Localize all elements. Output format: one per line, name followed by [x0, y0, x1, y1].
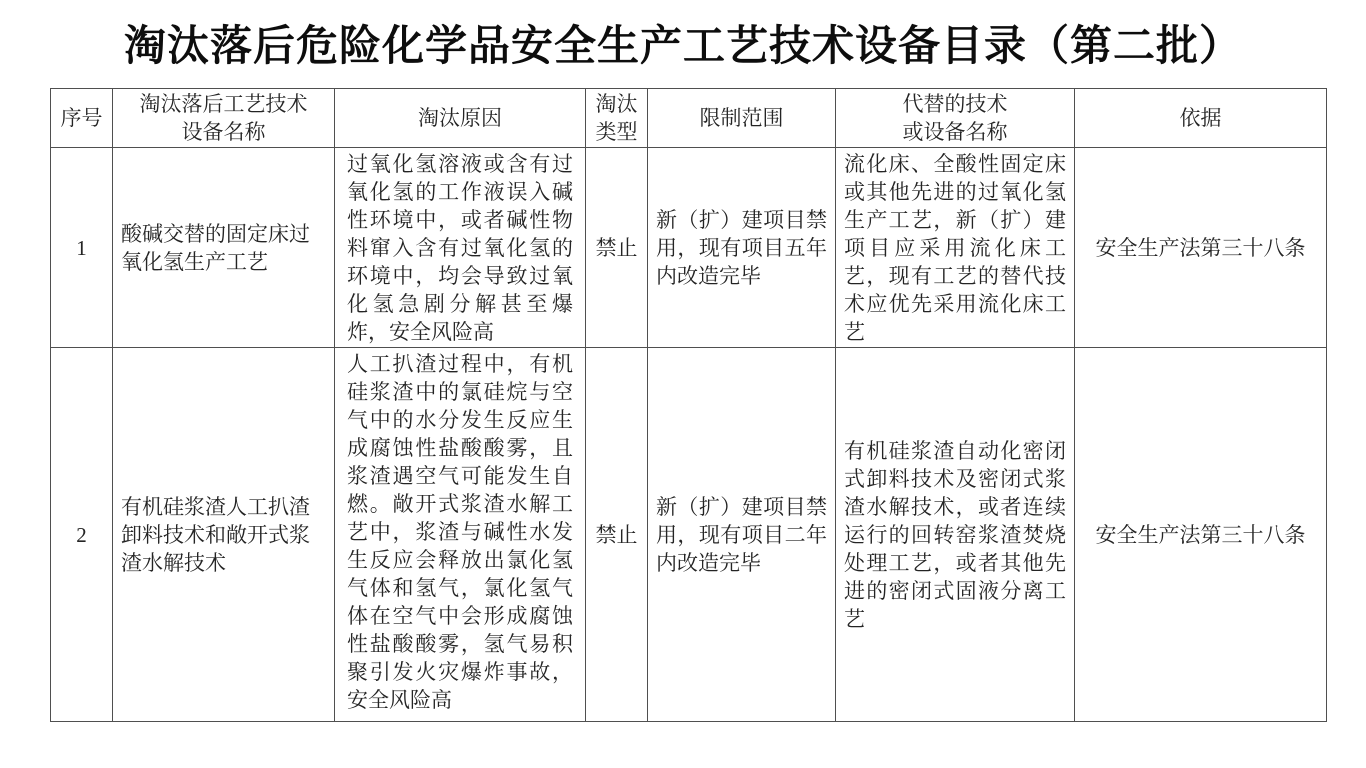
cell-basis: 安全生产法第三十八条	[1075, 148, 1327, 348]
col-header-basis: 依据	[1075, 89, 1327, 148]
cell-reason: 人工扒渣过程中，有机硅浆渣中的氯硅烷与空气中的水分发生反应生成腐蚀性盐酸酸雾，且…	[335, 348, 586, 722]
col-header-name: 淘汰落后工艺技术 设备名称	[113, 89, 335, 148]
cell-scope: 新（扩）建项目禁用，现有项目五年内改造完毕	[648, 148, 836, 348]
document-page: 淘汰落后危险化学品安全生产工艺技术设备目录（第二批） 序号 淘汰落后工艺技术 设…	[0, 0, 1366, 768]
col-header-no: 序号	[51, 89, 113, 148]
cell-basis: 安全生产法第三十八条	[1075, 348, 1327, 722]
cell-no: 1	[51, 148, 113, 348]
page-title: 淘汰落后危险化学品安全生产工艺技术设备目录（第二批）	[0, 20, 1366, 72]
table-header-row: 序号 淘汰落后工艺技术 设备名称 淘汰原因 淘汰 类型 限制范围 代替的技术 或…	[51, 89, 1327, 148]
cell-replacement: 流化床、全酸性固定床或其他先进的过氧化氢生产工艺，新（扩）建项目应采用流化床工艺…	[836, 148, 1075, 348]
elimination-catalog-table: 序号 淘汰落后工艺技术 设备名称 淘汰原因 淘汰 类型 限制范围 代替的技术 或…	[50, 88, 1327, 722]
col-header-scope: 限制范围	[648, 89, 836, 148]
col-header-reason: 淘汰原因	[335, 89, 586, 148]
cell-type: 禁止	[586, 148, 648, 348]
col-header-type: 淘汰 类型	[586, 89, 648, 148]
table-row: 1 酸碱交替的固定床过氧化氢生产工艺 过氧化氢溶液或含有过氧化氢的工作液误入碱性…	[51, 148, 1327, 348]
cell-no: 2	[51, 348, 113, 722]
col-header-replacement: 代替的技术 或设备名称	[836, 89, 1075, 148]
cell-name: 有机硅浆渣人工扒渣卸料技术和敞开式浆渣水解技术	[113, 348, 335, 722]
cell-scope: 新（扩）建项目禁用，现有项目二年内改造完毕	[648, 348, 836, 722]
cell-reason: 过氧化氢溶液或含有过氧化氢的工作液误入碱性环境中，或者碱性物料窜入含有过氧化氢的…	[335, 148, 586, 348]
cell-name: 酸碱交替的固定床过氧化氢生产工艺	[113, 148, 335, 348]
cell-replacement: 有机硅浆渣自动化密闭式卸料技术及密闭式浆渣水解技术，或者连续运行的回转窑浆渣焚烧…	[836, 348, 1075, 722]
table-row: 2 有机硅浆渣人工扒渣卸料技术和敞开式浆渣水解技术 人工扒渣过程中，有机硅浆渣中…	[51, 348, 1327, 722]
cell-type: 禁止	[586, 348, 648, 722]
